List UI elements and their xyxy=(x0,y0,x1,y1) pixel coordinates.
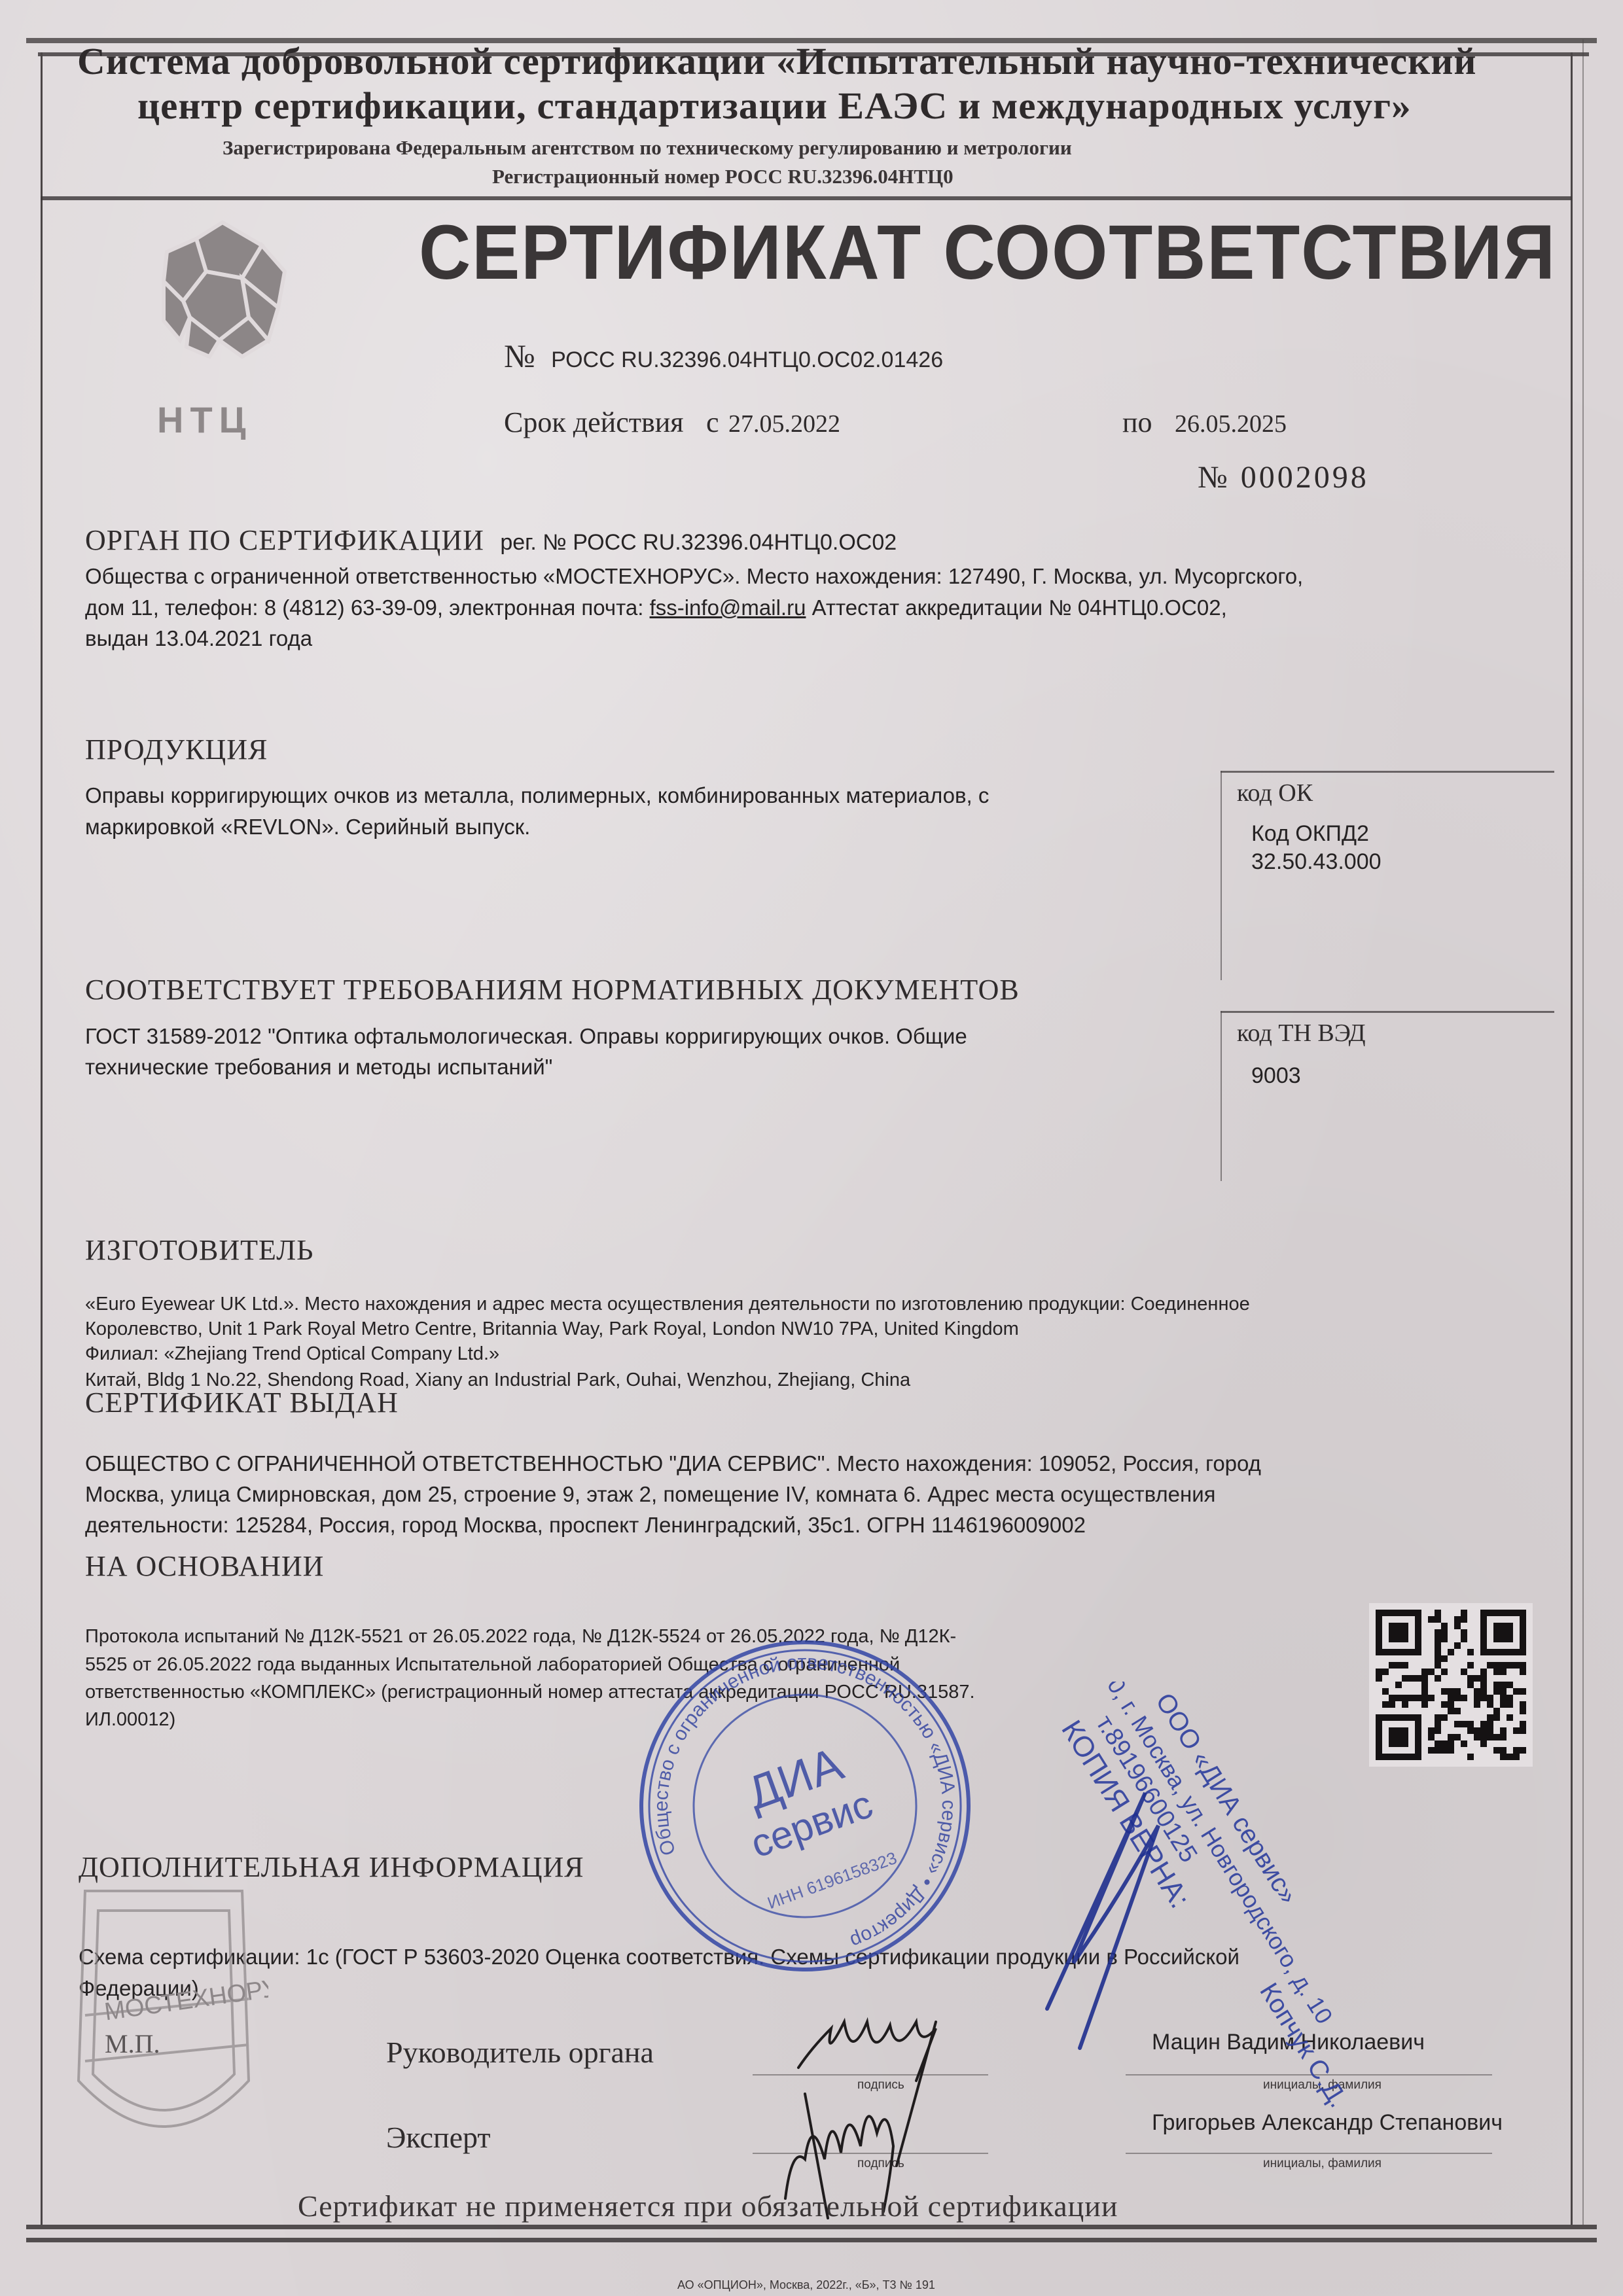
logo-text: НТЦ xyxy=(144,398,301,441)
certificate-number: РОСС RU.32396.04НТЦ0.ОС02.01426 xyxy=(551,347,943,372)
certificate-page: Система добровольной сертификации «Испыт… xyxy=(0,0,1623,2296)
issued-to-line1: ОБЩЕСТВО С ОГРАНИЧЕННОЙ ОТВЕТСТВЕННОСТЬЮ… xyxy=(85,1451,1261,1476)
basis-line4: ИЛ.00012) xyxy=(85,1709,175,1731)
validity-label: Срок действия xyxy=(504,406,684,438)
cert-body-reg: рег. № РОСС RU.32396.04НТЦ0.ОС02 xyxy=(500,530,897,555)
footer-notice: Сертификат не применяется при обязательн… xyxy=(298,2189,1118,2223)
valid-to-label: по xyxy=(1122,406,1152,438)
mostechnorus-seal: МОСТЕХНОРУС xyxy=(59,1865,268,2205)
tnved-value: 9003 xyxy=(1251,1063,1301,1089)
compliance-line1: ГОСТ 31589-2012 "Оптика офтальмологическ… xyxy=(85,1024,967,1049)
cert-body-line1: Общества с ограниченной ответственностью… xyxy=(85,564,1303,589)
manufacturer-line2: Королевство, Unit 1 Park Royal Metro Cen… xyxy=(85,1318,1019,1340)
valid-from-label: с xyxy=(706,406,719,438)
product-line2: маркировкой «REVLON». Серийный выпуск. xyxy=(85,815,530,839)
product-heading: ПРОДУКЦИЯ xyxy=(85,733,268,766)
certificate-number-row: № РОСС RU.32396.04НТЦ0.ОС02.01426 xyxy=(504,337,943,375)
registered-line: Зарегистрирована Федеральным агентством … xyxy=(223,136,1072,160)
cert-body-line2: дом 11, телефон: 8 (4812) 63-39-09, элек… xyxy=(85,595,1227,620)
ok-code-label: код ОК xyxy=(1237,779,1313,807)
cert-body-line2-a: дом 11, телефон: 8 (4812) 63-39-09, элек… xyxy=(85,595,650,620)
number-label: № xyxy=(504,338,535,374)
issued-to-heading: СЕРТИФИКАТ ВЫДАН xyxy=(85,1386,399,1419)
frame-right-outer xyxy=(1582,39,1584,2225)
system-name-line1: Система добровольной сертификации «Испыт… xyxy=(77,39,1476,83)
tnved-box-left xyxy=(1221,1011,1222,1181)
product-line1: Оправы корригирующих очков из металла, п… xyxy=(85,783,989,808)
validity-row: Срок действия с 27.05.2022 xyxy=(504,406,840,439)
manufacturer-heading: ИЗГОТОВИТЕЛЬ xyxy=(85,1233,313,1267)
seal-label: М.П. xyxy=(105,2028,160,2059)
okpd2-label: Код ОКПД2 xyxy=(1251,821,1369,847)
expert-label: Эксперт xyxy=(386,2120,491,2155)
tnved-box-top xyxy=(1221,1011,1554,1013)
footer-imprint: АО «ОПЦИОН», Москва, 2022г., «Б», Т3 № 1… xyxy=(677,2278,935,2292)
compliance-heading: СООТВЕТСТВУЕТ ТРЕБОВАНИЯМ НОРМАТИВНЫХ ДО… xyxy=(85,973,1020,1006)
ok-box-top xyxy=(1221,771,1554,773)
issued-to-line3: деятельности: 125284, Россия, город Моск… xyxy=(85,1513,1086,1538)
ntc-logo: НТЦ xyxy=(144,209,301,432)
email-link[interactable]: fss-info@mail.ru xyxy=(650,595,806,620)
compliance-line2: технические требования и методы испытани… xyxy=(85,1055,552,1080)
cert-body-line2-b: Аттестат аккредитации № 04НТЦ0.ОС02, xyxy=(806,595,1226,620)
ok-box-left xyxy=(1221,771,1222,980)
cert-body-heading-row: ОРГАН ПО СЕРТИФИКАЦИИ рег. № РОСС RU.323… xyxy=(85,523,897,557)
frame-bottom-1 xyxy=(26,2225,1597,2229)
reg-number-line: Регистрационный номер РОСС RU.32396.04НТ… xyxy=(492,165,954,188)
validity-to: по 26.05.2025 xyxy=(1122,406,1287,439)
manufacturer-line1: «Euro Eyewear UK Ltd.». Место нахождения… xyxy=(85,1294,1250,1315)
svg-text:ИНН 6196158323: ИНН 6196158323 xyxy=(764,1848,899,1913)
serial-number: № 0002098 xyxy=(1198,459,1369,495)
frame-right xyxy=(1571,52,1573,2225)
head-label: Руководитель органа xyxy=(386,2035,654,2070)
svg-text:70, г. Москва, ул. Новгородско: 70, г. Москва, ул. Новгородского, д. 10 xyxy=(1095,1682,1338,2028)
dia-service-round-stamp: Общество с ограниченной ответственностью… xyxy=(628,1629,982,1983)
tnved-code-label: код ТН ВЭД xyxy=(1237,1019,1366,1048)
frame-bottom-2 xyxy=(26,2238,1597,2242)
certificate-title: СЕРТИФИКАТ СООТВЕТСТВИЯ xyxy=(419,208,1556,297)
copy-certified-stamp: ООО «ДИА сервис» 70, г. Москва, ул. Новг… xyxy=(949,1682,1407,2205)
cert-body-line3: выдан 13.04.2021 года xyxy=(85,626,312,651)
valid-from: 27.05.2022 xyxy=(728,410,840,438)
issued-to-line2: Москва, улица Смирновская, дом 25, строе… xyxy=(85,1482,1216,1507)
system-name-line2: центр сертификации, стандартизации ЕАЭС … xyxy=(137,84,1412,128)
basis-heading: НА ОСНОВАНИИ xyxy=(85,1549,324,1583)
frame-left xyxy=(41,52,43,2225)
okpd2-value: 32.50.43.000 xyxy=(1251,849,1382,875)
manufacturer-line3: Филиал: «Zhejiang Trend Optical Company … xyxy=(85,1343,499,1365)
cert-body-heading: ОРГАН ПО СЕРТИФИКАЦИИ xyxy=(85,524,484,556)
header-separator xyxy=(41,196,1572,200)
polyhedron-logo-icon xyxy=(144,209,301,366)
valid-to: 26.05.2025 xyxy=(1175,410,1287,438)
svg-text:МОСТЕХНОРУС: МОСТЕХНОРУС xyxy=(103,1972,268,2026)
